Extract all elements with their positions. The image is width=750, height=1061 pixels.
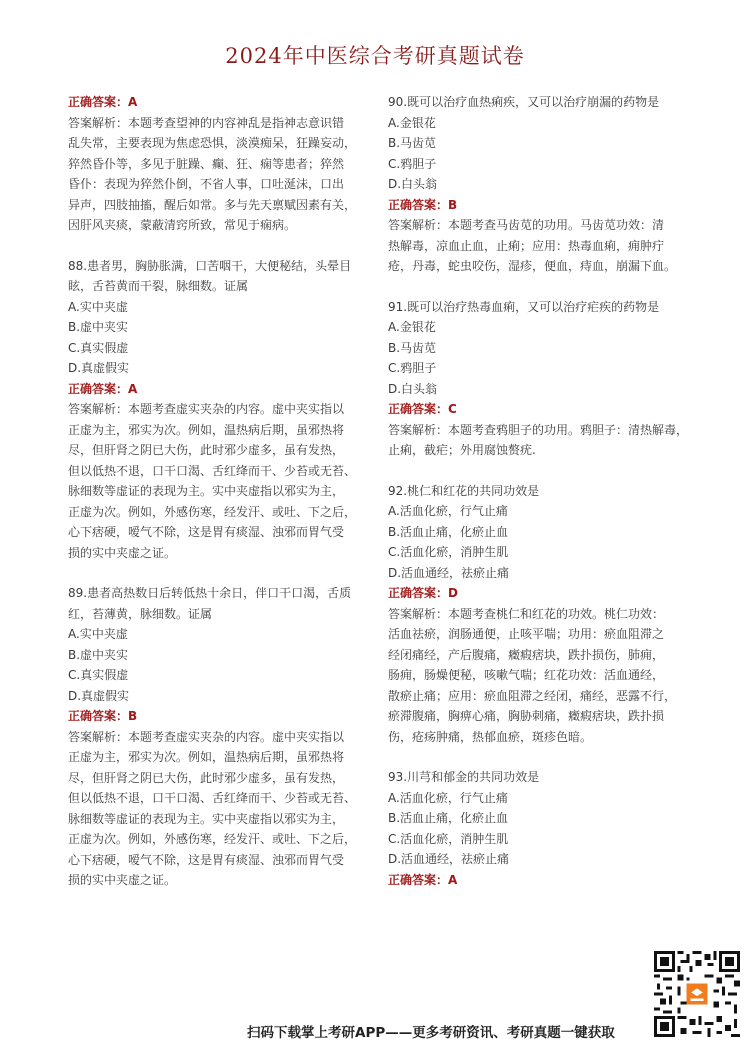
option-d: D.活血通经，祛瘀止痛 (388, 563, 708, 584)
option-c: C.真实假虚 (68, 665, 373, 686)
question-92: 92.桃仁和红花的共同功效是 A.活血化瘀，行气止痛 B.活血止痛，化瘀止血 C… (388, 481, 708, 748)
option-a: A.活血化瘀，行气止痛 (388, 501, 708, 522)
footer-promo-text: 扫码下载掌上考研APP——更多考研资讯、考研真题一键获取 (247, 1021, 615, 1041)
question-stem: 红，苔薄黄，脉细数。证属 (68, 604, 373, 625)
q87-explanation: 答案解析：本题考查望神的内容神乱是指神志意识错 乱失常，主要表现为焦虑恐惧，淡漠… (68, 113, 373, 236)
question-stem: 89.患者高热数日后转低热十余日，伴口干口渴，舌质 (68, 583, 373, 604)
option-b: B.活血止痛，化瘀止血 (388, 522, 708, 543)
option-c: C.真实假虚 (68, 338, 373, 359)
q87-answer: 正确答案：A (68, 92, 373, 113)
option-b: B.活血止痛，化瘀止血 (388, 808, 708, 829)
option-a: A.金银花 (388, 317, 708, 338)
option-b: B.马齿苋 (388, 338, 708, 359)
correct-answer: 正确答案：A (68, 379, 373, 400)
correct-answer: 正确答案：B (388, 195, 708, 216)
question-stem: 91.既可以治疗热毒血痢，又可以治疗疟疾的药物是 (388, 297, 708, 318)
option-c: C.活血化瘀，消肿生肌 (388, 542, 708, 563)
option-d: D.白头翁 (388, 379, 708, 400)
correct-answer: 正确答案：A (388, 870, 708, 891)
option-c: C.活血化瘀，消肿生肌 (388, 829, 708, 850)
question-88: 88.患者男，胸胁胀满，口苦咽干，大便秘结，头晕目 眩，舌苔黄而干裂，脉细数。证… (68, 256, 373, 564)
qr-code-icon[interactable] (654, 951, 740, 1037)
option-d: D.真虚假实 (68, 358, 373, 379)
option-b: B.虚中夹实 (68, 645, 373, 666)
option-b: B.马齿苋 (388, 133, 708, 154)
question-93: 93.川芎和郁金的共同功效是 A.活血化瘀，行气止痛 B.活血止痛，化瘀止血 C… (388, 767, 708, 890)
option-a: A.金银花 (388, 113, 708, 134)
option-c: C.鸦胆子 (388, 358, 708, 379)
question-stem: 眩，舌苔黄而干裂，脉细数。证属 (68, 276, 373, 297)
correct-answer: 正确答案：B (68, 706, 373, 727)
question-stem: 92.桃仁和红花的共同功效是 (388, 481, 708, 502)
option-a: A.活血化瘀，行气止痛 (388, 788, 708, 809)
option-d: D.真虚假实 (68, 686, 373, 707)
option-c: C.鸦胆子 (388, 154, 708, 175)
correct-answer: 正确答案：C (388, 399, 708, 420)
question-stem: 90.既可以治疗血热痢疾，又可以治疗崩漏的药物是 (388, 92, 708, 113)
option-a: A.实中夹虚 (68, 624, 373, 645)
question-90: 90.既可以治疗血热痢疾，又可以治疗崩漏的药物是 A.金银花 B.马齿苋 C.鸦… (388, 92, 708, 277)
option-d: D.活血通经，祛瘀止痛 (388, 849, 708, 870)
correct-answer: 正确答案：D (388, 583, 708, 604)
option-b: B.虚中夹实 (68, 317, 373, 338)
right-column: 90.既可以治疗血热痢疾，又可以治疗崩漏的药物是 A.金银花 B.马齿苋 C.鸦… (388, 92, 708, 890)
question-stem: 93.川芎和郁金的共同功效是 (388, 767, 708, 788)
option-d: D.白头翁 (388, 174, 708, 195)
page-title: 2024年中医综合考研真题试卷 (0, 40, 750, 70)
question-stem: 88.患者男，胸胁胀满，口苦咽干，大便秘结，头晕目 (68, 256, 373, 277)
left-column: 正确答案：A 答案解析：本题考查望神的内容神乱是指神志意识错 乱失常，主要表现为… (68, 92, 373, 891)
question-89: 89.患者高热数日后转低热十余日，伴口干口渴，舌质 红，苔薄黄，脉细数。证属 A… (68, 583, 373, 891)
question-91: 91.既可以治疗热毒血痢，又可以治疗疟疾的药物是 A.金银花 B.马齿苋 C.鸦… (388, 297, 708, 461)
option-a: A.实中夹虚 (68, 297, 373, 318)
